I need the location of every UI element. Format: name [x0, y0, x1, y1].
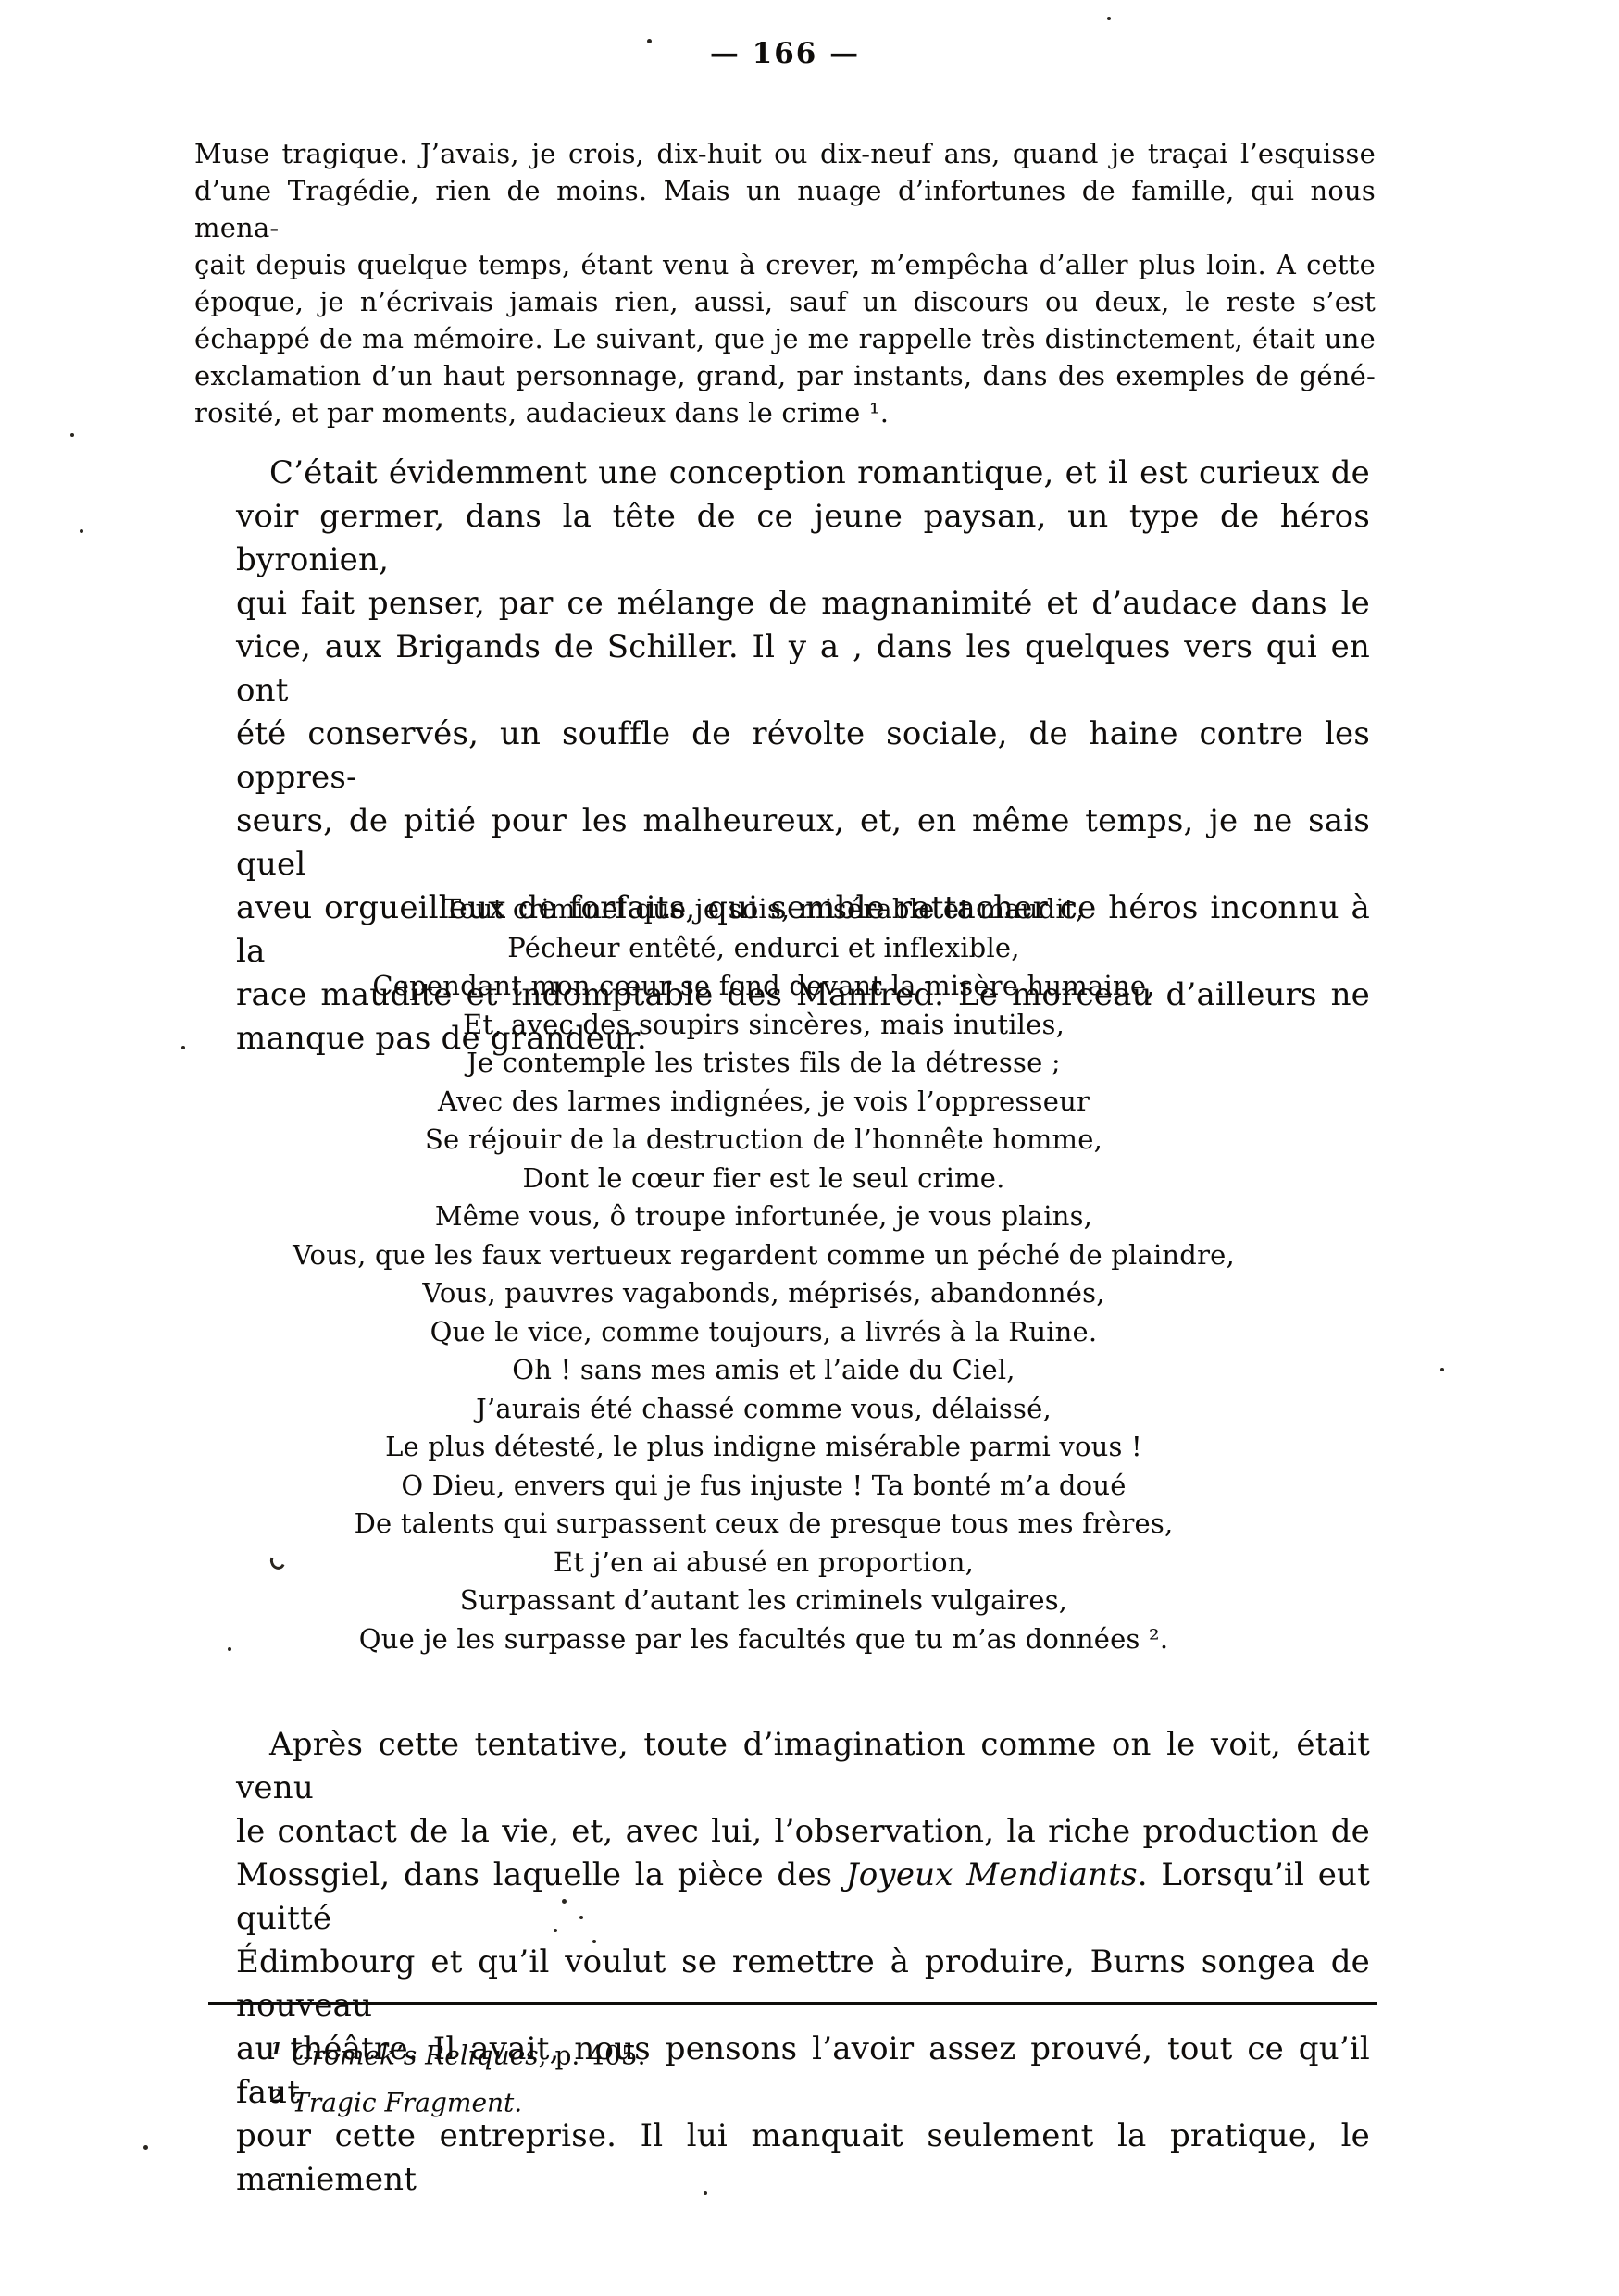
footnote-marker: 2 — [270, 2086, 282, 2106]
ink-speck — [579, 1916, 583, 1919]
footnote-marker: 1 — [270, 2039, 282, 2059]
verse-line: Se réjouir de la destruction de l’honnêt… — [157, 1121, 1370, 1160]
footnotes: 1Cromek’s Reliques, p. 405. 2Tragic Frag… — [270, 2029, 1363, 2124]
verse-line: Et j’en ai abusé en proportion, — [157, 1544, 1370, 1582]
ink-speck — [281, 2173, 285, 2177]
text-line: d’une Tragédie, rien de moins. Mais un n… — [194, 172, 1376, 246]
text-line: exclamation d’un haut personnage, grand,… — [194, 357, 1376, 394]
text-line: qui fait penser, par ce mélange de magna… — [236, 582, 1370, 626]
text-line: pour cette entreprise. Il lui manquait s… — [236, 2115, 1370, 2202]
text-line: été conservés, un souffle de révolte soc… — [236, 713, 1370, 800]
book-page: — 166 — Muse tragique. J’avais, je crois… — [0, 0, 1619, 2296]
ink-speck — [80, 529, 83, 533]
ink-speck — [704, 2191, 707, 2195]
verse-line: Tout criminel que je sois, misérable et … — [157, 890, 1370, 929]
verse-line: Que le vice, comme toujours, a livrés à … — [157, 1313, 1370, 1352]
ink-speck — [562, 1899, 567, 1904]
ink-speck — [554, 1929, 557, 1932]
verse-line: Le plus détesté, le plus indigne misérab… — [157, 1428, 1370, 1467]
verse-line: Même vous, ô troupe infortunée, je vous … — [157, 1198, 1370, 1236]
verse-line: Vous, pauvres vagabonds, méprisés, aband… — [157, 1274, 1370, 1313]
page-number: — 166 — — [194, 37, 1376, 70]
verse-line: O Dieu, envers qui je fus injuste ! Ta b… — [157, 1467, 1370, 1506]
italic-title: Joyeux Mendiants — [846, 1856, 1138, 1893]
footnote-item: 2Tragic Fragment. — [270, 2076, 1363, 2123]
verse-line: Vous, que les faux vertueux regardent co… — [157, 1236, 1370, 1275]
poem-tragic-fragment: Tout criminel que je sois, misérable et … — [157, 890, 1370, 1658]
verse-line: J’aurais été chassé comme vous, délaissé… — [157, 1390, 1370, 1429]
text-line: voir germer, dans la tête de ce jeune pa… — [236, 495, 1370, 582]
text-line: rosité, et par moments, audacieux dans l… — [194, 394, 1376, 431]
text-line: Édimbourg et qu’il voulut se remettre à … — [236, 1941, 1370, 2028]
text-line: C’était évidemment une conception romant… — [236, 452, 1370, 495]
verse-line: Avec des larmes indignées, je vois l’opp… — [157, 1083, 1370, 1122]
text-line: échappé de ma mémoire. Le suivant, que j… — [194, 320, 1376, 357]
text-line: Mossgiel, dans laquelle la pièce des Joy… — [236, 1854, 1370, 1941]
verse-line: Pécheur entêté, endurci et inflexible, — [157, 929, 1370, 968]
ink-speck — [592, 1940, 596, 1943]
text-segment: Mossgiel, dans laquelle la pièce des — [236, 1856, 846, 1893]
ink-speck — [70, 433, 74, 437]
text-line: le contact de la vie, et, avec lui, l’ob… — [236, 1810, 1370, 1854]
ink-speck — [181, 1046, 185, 1049]
verse-line: Que je les surpasse par les facultés que… — [157, 1620, 1370, 1659]
text-line: seurs, de pitié pour les malheureux, et,… — [236, 800, 1370, 887]
quote-paragraph: Muse tragique. J’avais, je crois, dix-hu… — [194, 135, 1376, 431]
footnote-source: Tragic Fragment. — [292, 2088, 522, 2118]
text-line: Muse tragique. J’avais, je crois, dix-hu… — [194, 135, 1376, 172]
ink-speck — [228, 1647, 231, 1651]
paragraph-apres-cette-tentative: Après cette tentative, toute d’imaginati… — [236, 1723, 1370, 2202]
ink-speck — [1440, 1368, 1444, 1371]
verse-line: Cependant mon cœur se fond devant la mis… — [157, 967, 1370, 1006]
text-line: çait depuis quelque temps, étant venu à … — [194, 246, 1376, 283]
footnote-rest: , p. 405. — [539, 2040, 646, 2070]
text-line: époque, je n’écrivais jamais rien, aussi… — [194, 283, 1376, 320]
footnote-divider — [208, 2002, 1377, 2005]
footnote-item: 1Cromek’s Reliques, p. 405. — [270, 2029, 1363, 2076]
verse-line: Je contemple les tristes fils de la détr… — [157, 1044, 1370, 1083]
footnote-source: Cromek’s Reliques — [292, 2040, 538, 2070]
verse-line: Surpassant d’autant les criminels vulgai… — [157, 1582, 1370, 1620]
verse-line: Oh ! sans mes amis et l’aide du Ciel, — [157, 1351, 1370, 1390]
verse-line: De talents qui surpassent ceux de presqu… — [157, 1505, 1370, 1544]
ink-speck — [1107, 17, 1111, 20]
verse-line: Et, avec des soupirs sincères, mais inut… — [157, 1006, 1370, 1045]
text-line: Après cette tentative, toute d’imaginati… — [236, 1723, 1370, 1810]
text-line: vice, aux Brigands de Schiller. Il y a ,… — [236, 626, 1370, 713]
ink-speck — [143, 2145, 148, 2150]
ink-speck — [647, 39, 652, 43]
verse-line: Dont le cœur fier est le seul crime. — [157, 1160, 1370, 1198]
